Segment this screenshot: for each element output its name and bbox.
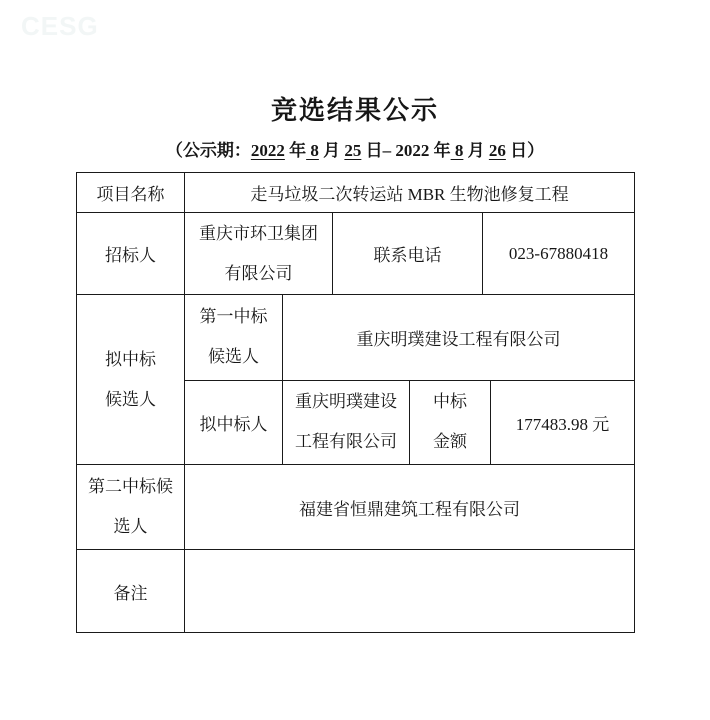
project-name-value: 走马垃圾二次转运站 MBR 生物池修复工程 [250, 180, 568, 205]
period-end-month: 8 [451, 141, 464, 160]
proposed-winner-label-cell: 拟中标人 [185, 381, 283, 465]
bid-amount-label: 中标金额 [433, 382, 467, 462]
period-month-char-2: 月 [463, 141, 489, 160]
bid-amount-label-cell: 中标金额 [410, 381, 491, 465]
table-row-first-candidate: 第一中标候选人 重庆明璞建设工程有限公司 [185, 295, 634, 381]
tenderer-value-cell: 重庆市环卫集团有限公司 [185, 213, 333, 294]
table-rowgroup-candidates: 拟中标候选人 第一中标候选人 重庆明璞建设工程有限公司 拟中标人 重 [77, 295, 634, 465]
second-candidate-value-cell: 福建省恒鼎建筑工程有限公司 [185, 465, 634, 549]
proposed-candidates-label-cell: 拟中标候选人 [77, 295, 185, 464]
project-name-label-cell: 项目名称 [77, 173, 185, 212]
watermark-logo: CESG [21, 11, 99, 42]
contact-phone-value: 023-67880418 [509, 244, 608, 264]
result-table: 项目名称 走马垃圾二次转运站 MBR 生物池修复工程 招标人 重庆市环卫集团有限… [76, 172, 635, 633]
period-month-char: 月 [319, 141, 345, 160]
period-end-day: 26 [489, 141, 506, 160]
period-dash: 日– [361, 141, 395, 160]
proposed-candidates-label: 拟中标候选人 [105, 340, 156, 420]
tenderer-value: 重庆市环卫集团有限公司 [199, 214, 318, 294]
period-year-char-2: 年 [429, 141, 450, 160]
table-row-remarks: 备注 [77, 550, 634, 632]
period-prefix: （公示期： [166, 141, 251, 160]
candidates-subrows: 第一中标候选人 重庆明璞建设工程有限公司 拟中标人 重庆明璞建设工程有限公司 中… [185, 295, 634, 464]
announcement-document: CESG 竞选结果公示 （公示期：2022 年 8 月 25 日– 2022 年… [0, 0, 710, 720]
project-name-value-cell: 走马垃圾二次转运站 MBR 生物池修复工程 [185, 173, 634, 212]
tenderer-label-cell: 招标人 [77, 213, 185, 294]
table-row-tenderer: 招标人 重庆市环卫集团有限公司 联系电话 023-67880418 [77, 213, 634, 295]
proposed-winner-label: 拟中标人 [200, 410, 268, 435]
first-candidate-value-cell: 重庆明璞建设工程有限公司 [283, 295, 634, 380]
bid-amount-value: 177483.98 元 [516, 410, 610, 435]
project-name-label: 项目名称 [97, 180, 165, 205]
second-candidate-label: 第二中标候选人 [88, 467, 173, 547]
table-row-second-candidate: 第二中标候选人 福建省恒鼎建筑工程有限公司 [77, 465, 634, 550]
second-candidate-label-cell: 第二中标候选人 [77, 465, 185, 549]
first-candidate-label: 第一中标候选人 [200, 297, 268, 377]
proposed-winner-value: 重庆明璞建设工程有限公司 [295, 382, 397, 462]
table-row-proposed-winner: 拟中标人 重庆明璞建设工程有限公司 中标金额 177483.98 元 [185, 381, 634, 465]
contact-label: 联系电话 [374, 241, 442, 266]
contact-phone-cell: 023-67880418 [483, 213, 634, 294]
remarks-label-cell: 备注 [77, 550, 185, 632]
publicity-period-line: （公示期：2022 年 8 月 25 日– 2022 年 8 月 26 日） [0, 140, 710, 162]
contact-label-cell: 联系电话 [333, 213, 483, 294]
table-row-project: 项目名称 走马垃圾二次转运站 MBR 生物池修复工程 [77, 173, 634, 213]
period-start-month: 8 [306, 141, 319, 160]
remarks-value-cell [185, 550, 634, 632]
second-candidate-value: 福建省恒鼎建筑工程有限公司 [299, 495, 520, 520]
bid-amount-value-cell: 177483.98 元 [491, 381, 634, 465]
proposed-winner-value-cell: 重庆明璞建设工程有限公司 [283, 381, 410, 465]
remarks-label: 备注 [114, 579, 148, 604]
period-start-day: 25 [344, 141, 361, 160]
period-suffix: 日） [506, 141, 544, 160]
period-end-year: 2022 [395, 141, 429, 160]
period-start-year: 2022 [251, 141, 285, 160]
period-year-char: 年 [285, 141, 306, 160]
first-candidate-label-cell: 第一中标候选人 [185, 295, 283, 380]
tenderer-label: 招标人 [105, 241, 156, 266]
first-candidate-value: 重庆明璞建设工程有限公司 [357, 325, 561, 350]
page-title: 竞选结果公示 [0, 90, 710, 127]
